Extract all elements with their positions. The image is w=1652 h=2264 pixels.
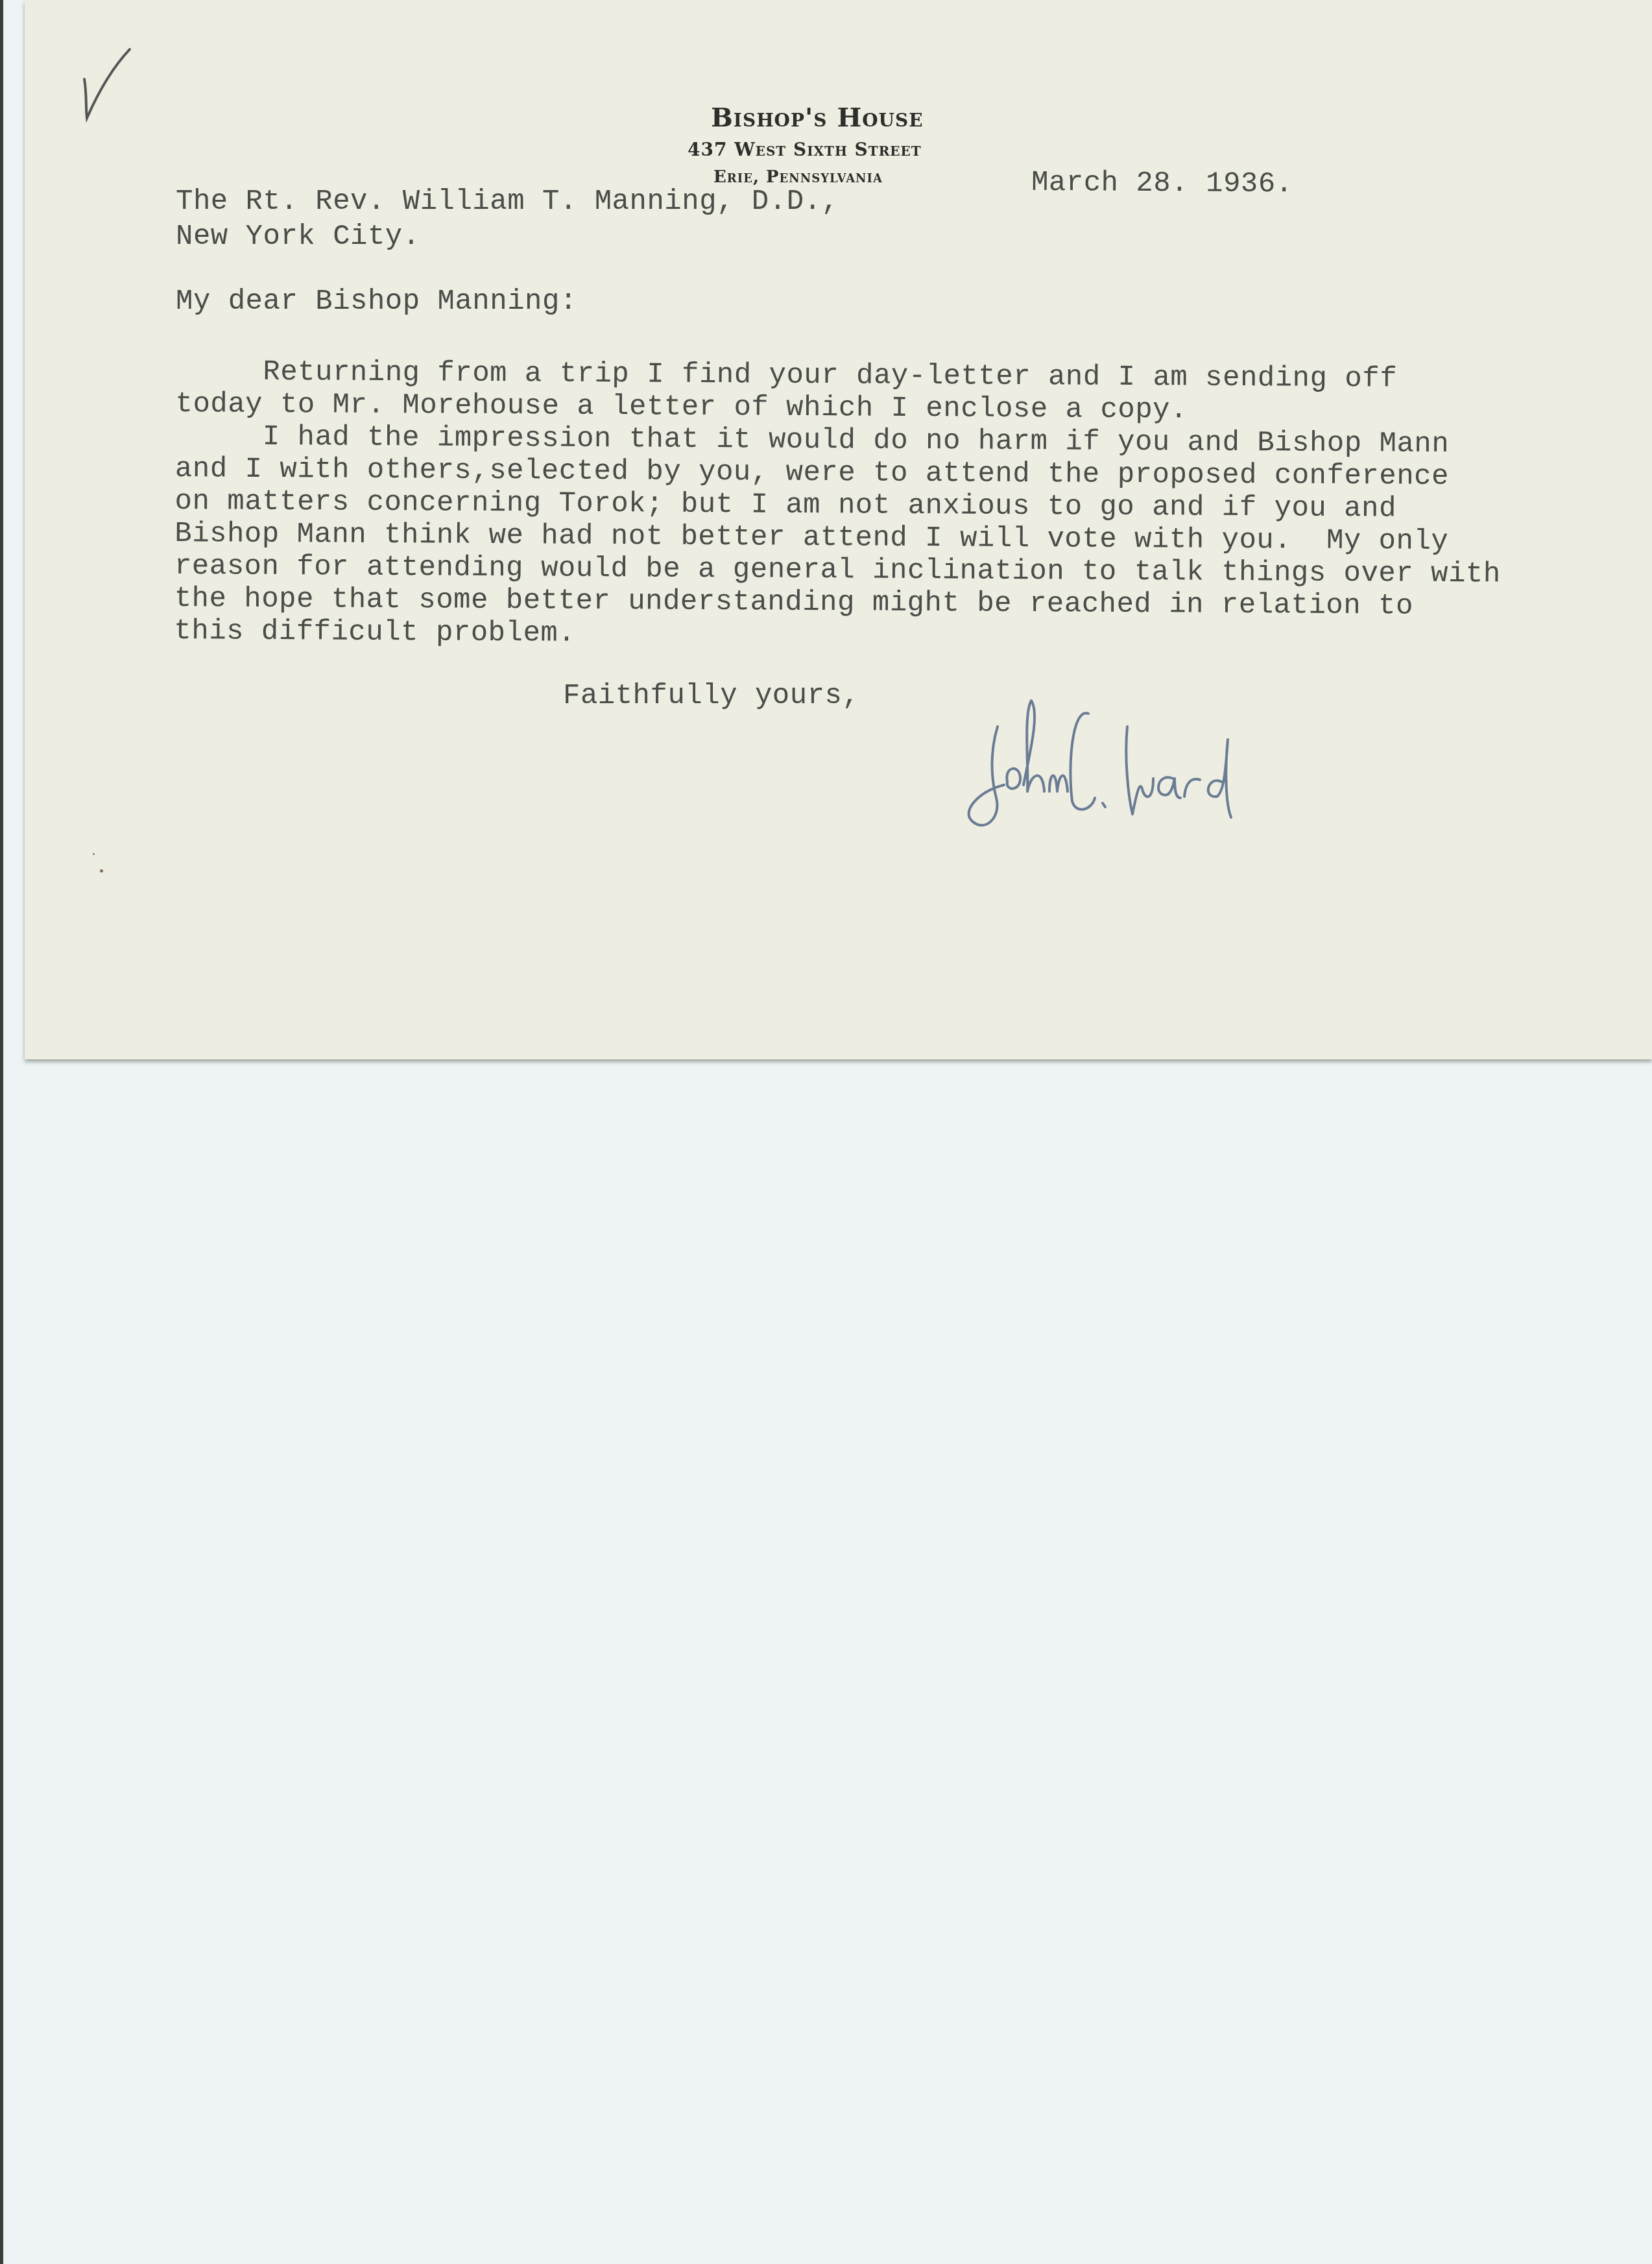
paper-speck [100, 869, 103, 873]
handwritten-signature [959, 688, 1348, 837]
letter-page: Bishop's House 437 West Sixth Street Eri… [25, 0, 1652, 1059]
scanner-edge [0, 0, 3, 2264]
letterhead-street: 437 West Sixth Street [688, 139, 1652, 160]
letter-body: Returning from a trip I find your day-le… [174, 355, 1502, 655]
salutation: My dear Bishop Manning: [176, 285, 577, 318]
closing: Faithfully yours, [563, 680, 859, 712]
recipient-line-2: New York City. [176, 221, 420, 253]
pencil-checkmark-icon [77, 32, 135, 123]
recipient-line-1: The Rt. Rev. William T. Manning, D.D., [176, 186, 839, 218]
paper-speck [93, 853, 95, 855]
letterhead-title: Bishop's House [711, 102, 1652, 133]
letter-date: March 28. 1936. [1031, 167, 1293, 200]
